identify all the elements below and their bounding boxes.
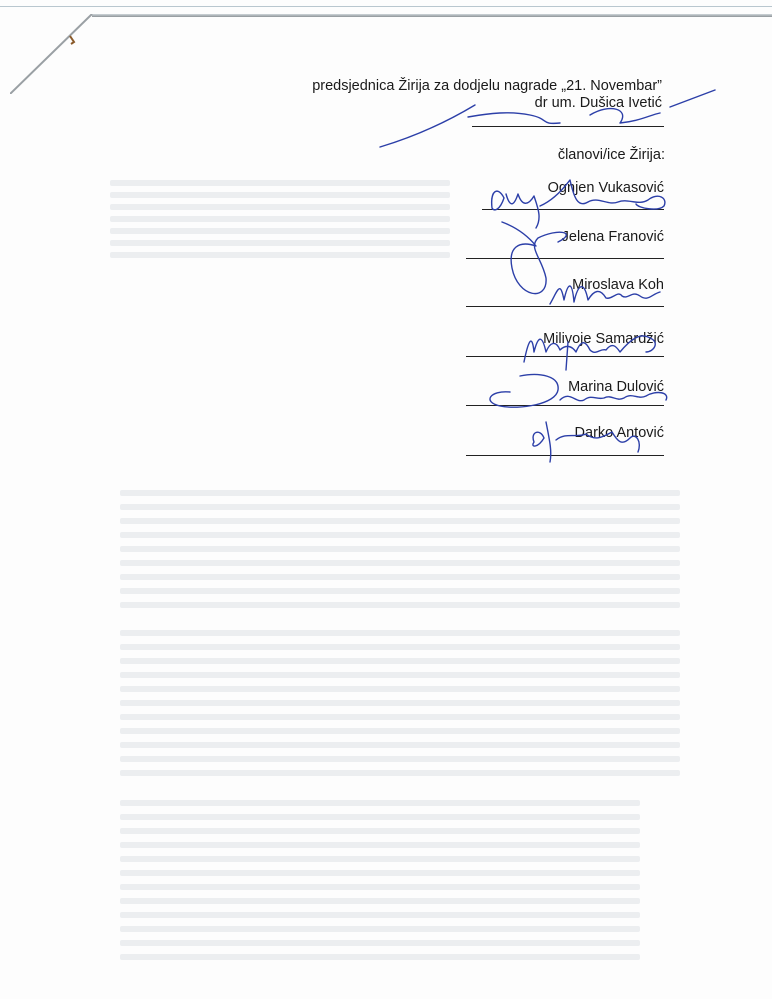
bleed-line	[110, 240, 450, 246]
bleed-line	[120, 728, 680, 734]
bleed-line	[120, 954, 640, 960]
paper-top-edge	[92, 14, 772, 17]
bleed-line	[120, 658, 680, 664]
jury-members-label: članovi/ice Žirija:	[558, 147, 665, 163]
bleed-line	[120, 940, 640, 946]
bleed-line	[120, 926, 640, 932]
bleed-line	[120, 644, 680, 650]
bleed-line	[120, 588, 680, 594]
bleed-line	[110, 252, 450, 258]
bleed-line	[120, 800, 640, 806]
bleed-line	[120, 714, 680, 720]
bleed-line	[110, 180, 450, 186]
bleed-line	[120, 884, 640, 890]
bleed-line	[120, 630, 680, 636]
bleed-line	[120, 770, 680, 776]
bleed-line	[120, 574, 680, 580]
bleed-line	[110, 192, 450, 198]
bleed-line	[120, 742, 680, 748]
member-signature	[526, 412, 666, 468]
scan-edge	[0, 6, 772, 7]
bleed-line	[120, 814, 640, 820]
bleed-line	[120, 686, 680, 692]
bleed-line	[120, 842, 640, 848]
bleed-line	[120, 532, 680, 538]
bleed-line	[120, 856, 640, 862]
bleed-line	[120, 602, 680, 608]
president-signature	[380, 85, 720, 155]
bleed-line	[120, 560, 680, 566]
bleed-line	[120, 546, 680, 552]
bleed-line	[110, 204, 450, 210]
bleed-line	[120, 870, 640, 876]
bleed-line	[110, 228, 450, 234]
bleed-line	[120, 518, 680, 524]
member-signature	[548, 270, 668, 310]
bleed-line	[110, 216, 450, 222]
member-signature	[520, 322, 680, 372]
bleed-line	[120, 672, 680, 678]
bleed-line	[120, 490, 680, 496]
bleed-line	[120, 898, 640, 904]
folded-corner	[10, 14, 130, 94]
bleed-line	[120, 504, 680, 510]
scanned-page: predsjednica Žirija za dodjelu nagrade „…	[0, 0, 772, 999]
bleed-line	[120, 828, 640, 834]
bleed-line	[120, 700, 680, 706]
bleed-line	[120, 756, 680, 762]
bleed-line	[120, 912, 640, 918]
